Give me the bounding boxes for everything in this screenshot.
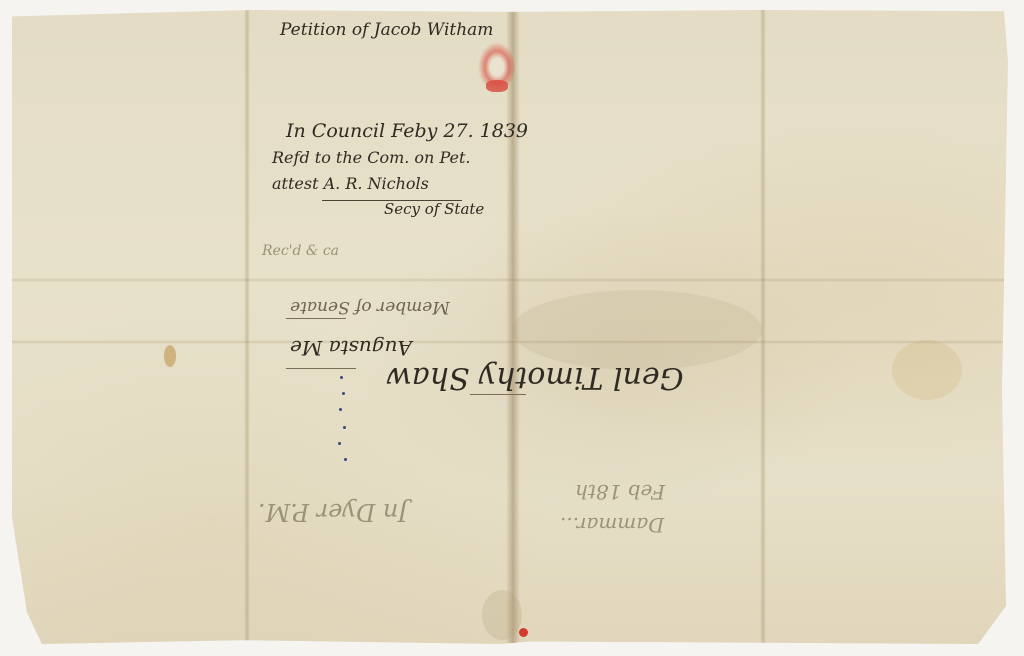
stain <box>892 340 962 400</box>
address-line-name: Genl Timothy Shaw <box>386 362 684 392</box>
postmark-town: Dammar... <box>560 515 664 535</box>
paper-sheet <box>12 10 1008 644</box>
postmark-text: Dammar... <box>560 515 664 535</box>
franking-text: Jn Dyer P.M. <box>258 500 408 524</box>
fold-line-horizontal <box>12 340 1008 344</box>
docket-title: Petition of Jacob Witham <box>280 22 493 39</box>
underline <box>470 394 526 395</box>
stain <box>164 345 176 367</box>
stain <box>512 290 762 370</box>
postmark-text: Feb 18th <box>575 482 665 502</box>
endorsement-line-2: Refd to the Com. on Pet. <box>272 150 470 166</box>
wax-seal-mark <box>486 80 508 92</box>
address-text: Member of Senate <box>290 298 450 315</box>
underline <box>286 318 346 319</box>
address-line-city: Augusta Me <box>290 338 412 358</box>
address-line-member: Member of Senate <box>290 298 450 315</box>
fold-line-horizontal <box>12 278 1008 282</box>
underline <box>286 368 356 369</box>
wax-seal-dot <box>519 628 528 637</box>
blue-ink-marks <box>330 370 352 470</box>
faint-note: Rec'd & ca <box>262 244 339 258</box>
endorsement-line-3: attest A. R. Nichols <box>272 176 429 192</box>
address-text: Genl Timothy Shaw <box>386 362 684 392</box>
endorsement-line-4: Secy of State <box>384 202 484 217</box>
postmark-date: Feb 18th <box>575 482 665 502</box>
endorsement-line-1: In Council Feby 27. 1839 <box>286 122 528 141</box>
fold-line <box>244 10 250 644</box>
address-text: Augusta Me <box>290 338 412 358</box>
document-scan: Petition of Jacob Witham In Council Feby… <box>0 0 1024 656</box>
stain <box>482 590 522 640</box>
franking-signature: Jn Dyer P.M. <box>258 500 408 524</box>
